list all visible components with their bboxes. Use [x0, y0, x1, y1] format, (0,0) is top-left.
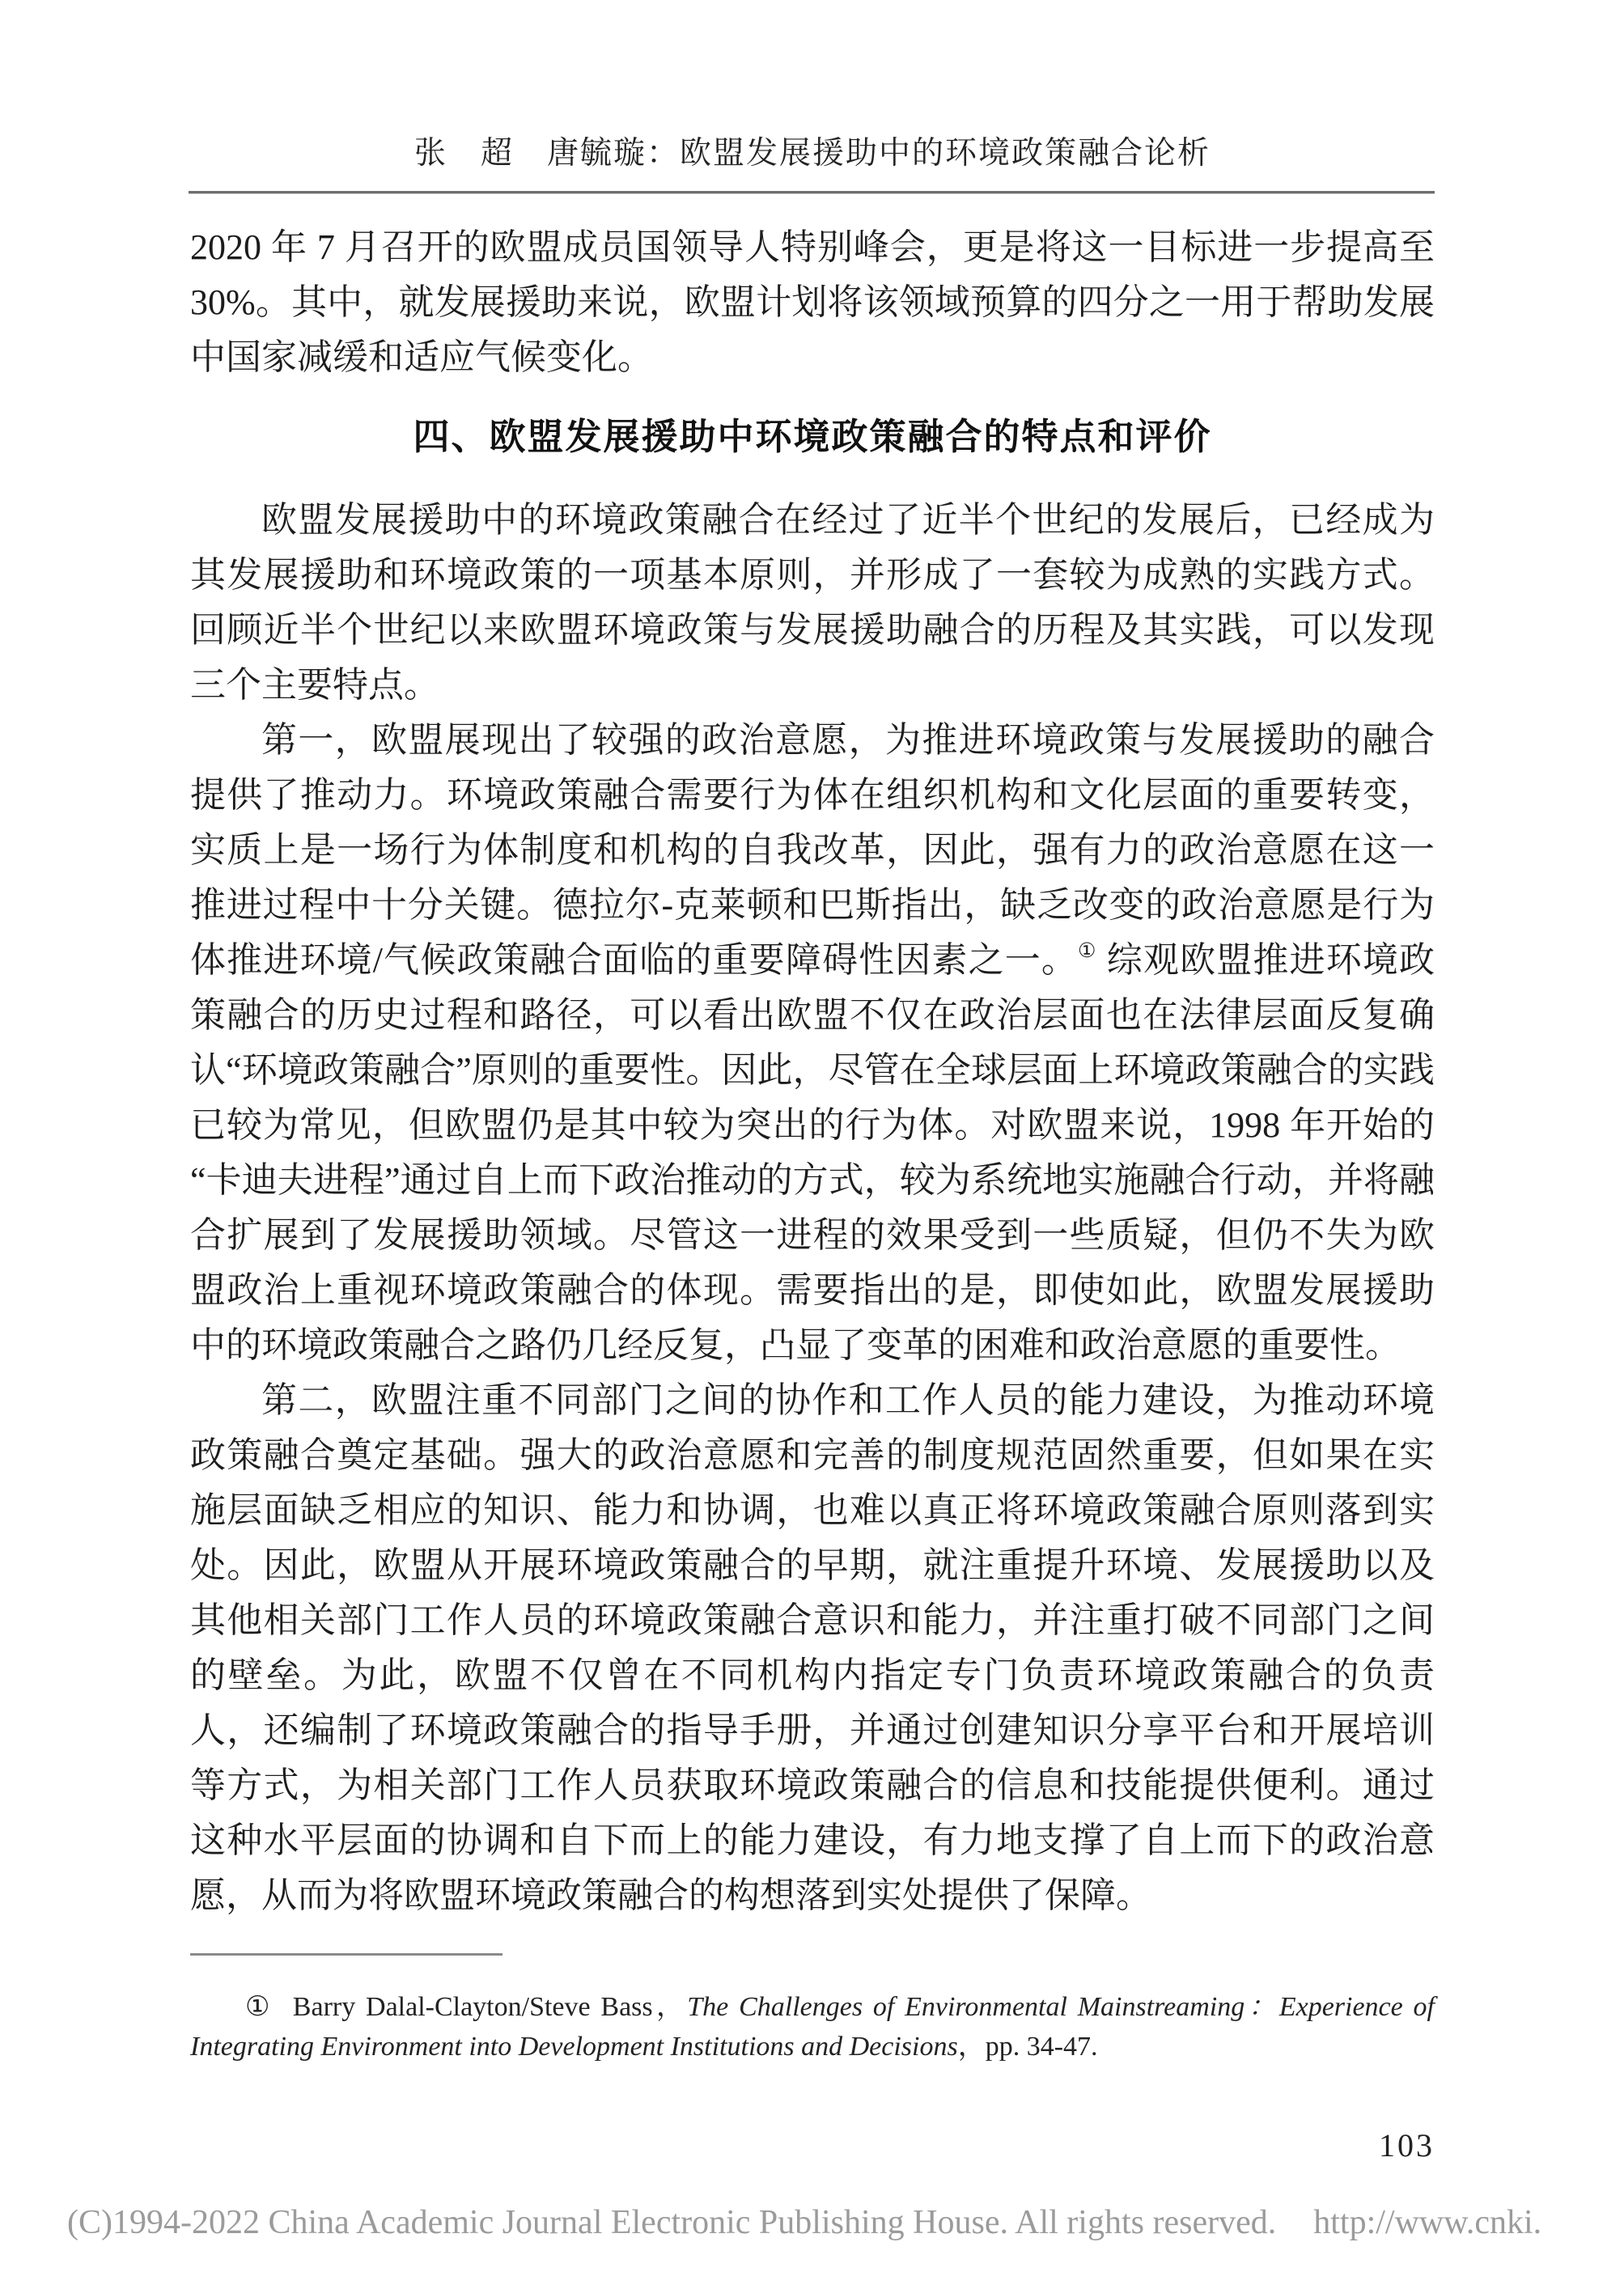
- footer-url: http://www.cnki.: [1313, 2204, 1541, 2241]
- copyright-text: (C)1994-2022 China Academic Journal Elec…: [67, 2204, 1276, 2241]
- running-header-title: 张 超 唐毓璇：欧盟发展援助中的环境政策融合论析: [190, 134, 1435, 173]
- journal-page: 张 超 唐毓璇：欧盟发展援助中的环境政策融合论析 2020 年 7 月召开的欧盟…: [0, 0, 1624, 2293]
- paragraph: 第一，欧盟展现出了较强的政治意愿，为推进环境政策与发展援助的融合提供了推动力。环…: [190, 713, 1435, 1373]
- footnote-authors: Barry Dalal-Clayton/Steve Bass: [293, 1992, 653, 2022]
- footnote-pages: ，pp. 34-47.: [958, 2032, 1098, 2062]
- paragraph: 第二，欧盟注重不同部门之间的协作和工作人员的能力建设，为推动环境政策融合奠定基础…: [190, 1373, 1435, 1923]
- paragraph-continuation: 2020 年 7 月召开的欧盟成员国领导人特别峰会，更是将这一目标进一步提高至 …: [190, 220, 1435, 385]
- article-body: 2020 年 7 月召开的欧盟成员国领导人特别峰会，更是将这一目标进一步提高至 …: [190, 220, 1435, 1923]
- footnote-marker: ①: [245, 1992, 273, 2022]
- footnote-divider: [190, 1953, 502, 1956]
- header-rule: [189, 191, 1435, 194]
- footnote-reference-marker: ①: [1078, 940, 1097, 962]
- paragraph-text: 综观欧盟推进环境政策融合的历史过程和路径，可以看出欧盟不仅在政治层面也在法律层面…: [190, 940, 1435, 1365]
- page-number: 103: [190, 2126, 1435, 2164]
- paragraph: 欧盟发展援助中的环境政策融合在经过了近半个世纪的发展后，已经成为其发展援助和环境…: [190, 493, 1435, 713]
- section-heading: 四、欧盟发展援助中环境政策融合的特点和评价: [190, 409, 1435, 464]
- footnote-separator: ，: [653, 1992, 688, 2022]
- copyright-footer: (C)1994-2022 China Academic Journal Elec…: [67, 2202, 1541, 2243]
- footnote: ①Barry Dalal-Clayton/Steve Bass，The Chal…: [190, 1987, 1435, 2066]
